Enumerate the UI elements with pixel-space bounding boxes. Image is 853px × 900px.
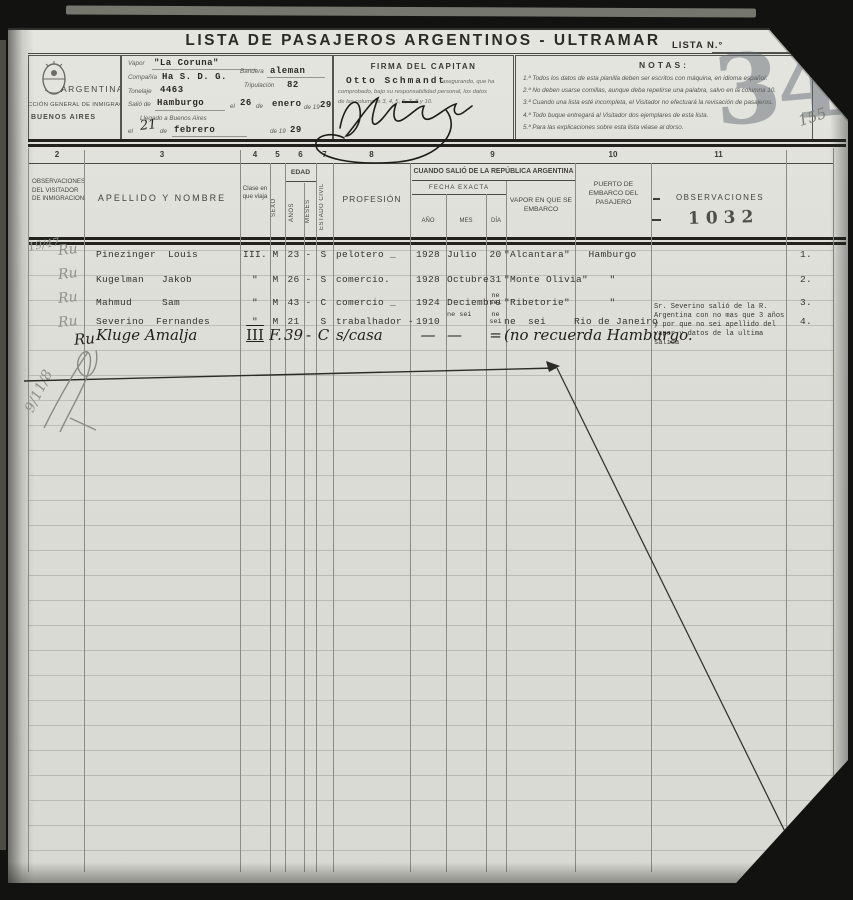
subrule xyxy=(412,194,506,195)
cell-estado: C xyxy=(314,297,333,308)
column-rule xyxy=(410,163,411,872)
llegada-anio: 29 xyxy=(290,125,302,135)
llegada-de-label: de xyxy=(160,128,167,135)
cell-dia: ne sei xyxy=(485,293,506,307)
column-rule xyxy=(270,163,271,872)
salio-label: Salió de xyxy=(128,101,151,108)
cell-clase: III. xyxy=(240,249,270,260)
pencil-initial: Ru xyxy=(57,241,78,259)
rule xyxy=(155,110,225,111)
column-number: 5 xyxy=(270,150,285,159)
tripulacion-label: Tripulación xyxy=(244,82,274,89)
header-col9: CUANDO SALIÓ DE LA REPÚBLICA ARGENTINA xyxy=(412,168,575,175)
header-col9-vapor: VAPOR EN QUE SE EMBARCO xyxy=(508,196,574,214)
subrule xyxy=(285,181,316,182)
struck-columns: 6, 7, 8 xyxy=(402,99,418,105)
cell-name: Kugelman Jakob xyxy=(96,274,238,285)
salio-anio: 29 xyxy=(320,100,332,110)
cell-sexo: M xyxy=(267,249,284,260)
bottom-edge-shadow xyxy=(8,862,848,883)
header-col10: PUERTO DE EMBARCO DEL PASAJERO xyxy=(577,180,650,207)
header-col9-dia: DÍA xyxy=(486,218,506,224)
separator xyxy=(28,163,834,164)
tonelaje-value: 4463 xyxy=(160,85,184,95)
vapor-value: "La Coruna" xyxy=(154,58,219,68)
header-col8: PROFESIÓN xyxy=(334,194,410,204)
cell-profesion: comercio. xyxy=(336,274,410,285)
pencil-initial: Ru xyxy=(57,265,78,283)
pen-dash xyxy=(653,198,660,200)
captain-name-typed: Otto Schmandt xyxy=(346,75,446,86)
cell-puerto: " xyxy=(574,297,651,308)
header-col6: EDAD xyxy=(285,169,316,176)
header-col9-anio: AÑO xyxy=(411,218,445,224)
cell-num: 1. xyxy=(800,249,826,260)
compania-label: Compañía xyxy=(128,74,157,81)
cell-clase: III xyxy=(240,326,270,344)
cell-estado: C xyxy=(314,326,333,344)
subrule xyxy=(412,180,575,181)
el-label: el xyxy=(230,103,235,110)
legal-text-2: comprobado, bajo su responsabilidad pers… xyxy=(338,89,487,95)
llegada-dia-handwritten: 21 xyxy=(139,117,157,134)
header-col9-mes: MES xyxy=(446,218,486,224)
column-number: 9 xyxy=(410,150,575,159)
llegada-el-label: el xyxy=(128,128,133,135)
cell-mes: Deciembre xyxy=(447,297,487,308)
pen-dash xyxy=(651,219,661,221)
column-number: 11 xyxy=(651,150,786,159)
cell-profesion: s/casa xyxy=(336,326,410,344)
cell-anio: — xyxy=(411,326,445,344)
pencil-initial: Ru xyxy=(57,289,78,307)
cell-vapor: (no recuerda Hamburgo. xyxy=(504,326,576,344)
cell-vapor: "Alcantara" xyxy=(504,249,576,260)
cell-clase: " xyxy=(240,297,270,308)
rule xyxy=(172,136,247,137)
adjacent-page-edge xyxy=(66,5,756,17)
column-rule xyxy=(84,150,85,872)
immigration-office-box: ARGENTINA DIRECCIÓN GENERAL DE INMIGRACI… xyxy=(28,55,121,141)
separator xyxy=(28,139,846,142)
header-col7: ESTADO CIVIL xyxy=(319,180,325,234)
cell-num: 2. xyxy=(800,274,826,285)
header-col2: OBSERVACIONES DEL VISITADOR DE INMIGRACI… xyxy=(30,178,86,204)
document-page: LISTA DE PASAJEROS ARGENTINOS - ULTRAMAR… xyxy=(0,0,853,900)
llegada-de19-label: de 19 xyxy=(270,128,286,135)
cell-estado: S xyxy=(314,249,333,260)
compania-value: Ha S. D. G. xyxy=(162,72,227,82)
column-rule xyxy=(28,148,29,872)
de19-label: de 19 xyxy=(304,104,320,111)
cell-mes: — xyxy=(447,326,487,344)
rule xyxy=(267,77,325,78)
column-number: 3 xyxy=(84,150,240,159)
cell-anios: 39 xyxy=(284,326,303,344)
cell-mes: ne sei xyxy=(447,312,487,319)
header-col11: OBSERVACIONES xyxy=(660,193,780,202)
cell-mes: Octubre xyxy=(447,274,487,285)
cell-num: 4. xyxy=(800,316,826,327)
cell-name: Pinezinger Louis xyxy=(96,249,238,260)
header-col6b: MESES xyxy=(305,190,311,232)
column-number: 2 xyxy=(30,150,84,159)
column-rule xyxy=(651,163,652,872)
pencil-initial: Ru xyxy=(57,313,78,331)
right-edge-shadow xyxy=(830,28,848,788)
cell-vapor: "Monte Olivia" xyxy=(504,274,576,285)
column-number: 7 xyxy=(316,150,333,159)
cell-sexo: F. xyxy=(267,326,284,344)
ink-initial: Ru xyxy=(73,329,95,348)
salio-mes: enero xyxy=(272,99,302,109)
bandera-value: aleman xyxy=(270,66,305,76)
cell-anio: 1924 xyxy=(411,297,445,308)
photographed-ledger: LISTA DE PASAJEROS ARGENTINOS - ULTRAMAR… xyxy=(0,0,853,900)
salio-dia: 26 xyxy=(240,98,252,108)
cell-estado: S xyxy=(314,274,333,285)
header-col4: Clase en que viaja xyxy=(240,185,270,201)
cell-sexo: M xyxy=(267,274,284,285)
column-number: 4 xyxy=(240,150,270,159)
cell-name: Kluge Amalja xyxy=(96,326,238,344)
cell-puerto: " xyxy=(574,274,651,285)
tripulacion-value: 82 xyxy=(287,80,299,90)
separator xyxy=(28,237,846,240)
bandera-label: Bandera xyxy=(240,68,264,75)
vapor-label: Vapor xyxy=(128,60,145,67)
column-rule xyxy=(786,150,787,872)
llegada-mes: febrero xyxy=(174,125,215,135)
column-number: 10 xyxy=(575,150,651,159)
header-col3: APELLIDO Y NOMBRE xyxy=(84,193,240,203)
org-country: ARGENTINA xyxy=(61,84,121,94)
cell-profesion: comercio _ xyxy=(336,297,410,308)
page-stack-edge xyxy=(0,40,6,850)
cell-dia: = xyxy=(485,326,506,344)
cell-anio: 1928 xyxy=(411,249,445,260)
captain-box-title: FIRMA DEL CAPITAN xyxy=(334,62,513,71)
cell-dia: 20 xyxy=(485,249,506,260)
column-rule xyxy=(316,163,317,872)
cell-sexo: M xyxy=(267,297,284,308)
cell-anio: 1928 xyxy=(411,274,445,285)
cell-name: Mahmud Sam xyxy=(96,297,238,308)
cell-clase: " xyxy=(240,274,270,285)
separator xyxy=(28,144,846,147)
cell-dia: ne sei xyxy=(485,312,506,326)
salio-puerto: Hamburgo xyxy=(157,98,204,108)
column-rule xyxy=(575,163,576,872)
legal-text-3: de las columnas 3, 4, 5, 6, 7, 8 y 10. xyxy=(338,99,433,105)
tonelaje-label: Tonelaje xyxy=(128,88,152,95)
cell-anios: 23 xyxy=(284,249,303,260)
cell-vapor: "Ribetorie" xyxy=(504,297,576,308)
de-label: de xyxy=(256,103,263,110)
ship-info-box: Vapor "La Coruna" Compañía Ha S. D. G. B… xyxy=(121,55,333,141)
cell-profesion: pelotero _ xyxy=(336,249,410,260)
header-col6a: AÑOS xyxy=(289,192,295,232)
column-rule xyxy=(333,163,334,872)
org-office: DIRECCIÓN GENERAL DE INMIGRACIÓN xyxy=(28,102,121,108)
legal-text-1: asegurando, que ha xyxy=(442,79,494,85)
header-col5: SEXO xyxy=(271,188,277,228)
captain-signature-box: FIRMA DEL CAPITAN Otto Schmandt aseguran… xyxy=(333,55,514,141)
column-rule xyxy=(304,183,305,872)
cell-mes: Julio xyxy=(447,249,487,260)
column-rule xyxy=(446,194,447,872)
lista-number-stamp: 34 xyxy=(709,25,844,149)
header-col9-fecha: FECHA EXACTA xyxy=(412,184,506,191)
cell-dia: 31 xyxy=(485,274,506,285)
page-top-edge xyxy=(8,28,848,30)
org-city: BUENOS AIRES xyxy=(31,114,96,121)
column-number: 6 xyxy=(285,150,316,159)
cell-num: 3. xyxy=(800,297,826,308)
column-number: 8 xyxy=(333,150,410,159)
cell-anios: 43 xyxy=(284,297,303,308)
separator xyxy=(28,242,846,245)
cell-anios: 26 xyxy=(284,274,303,285)
column-rule xyxy=(285,163,286,872)
observations-stamp: 1032 xyxy=(688,207,760,229)
cell-puerto: Hamburgo xyxy=(574,249,651,260)
